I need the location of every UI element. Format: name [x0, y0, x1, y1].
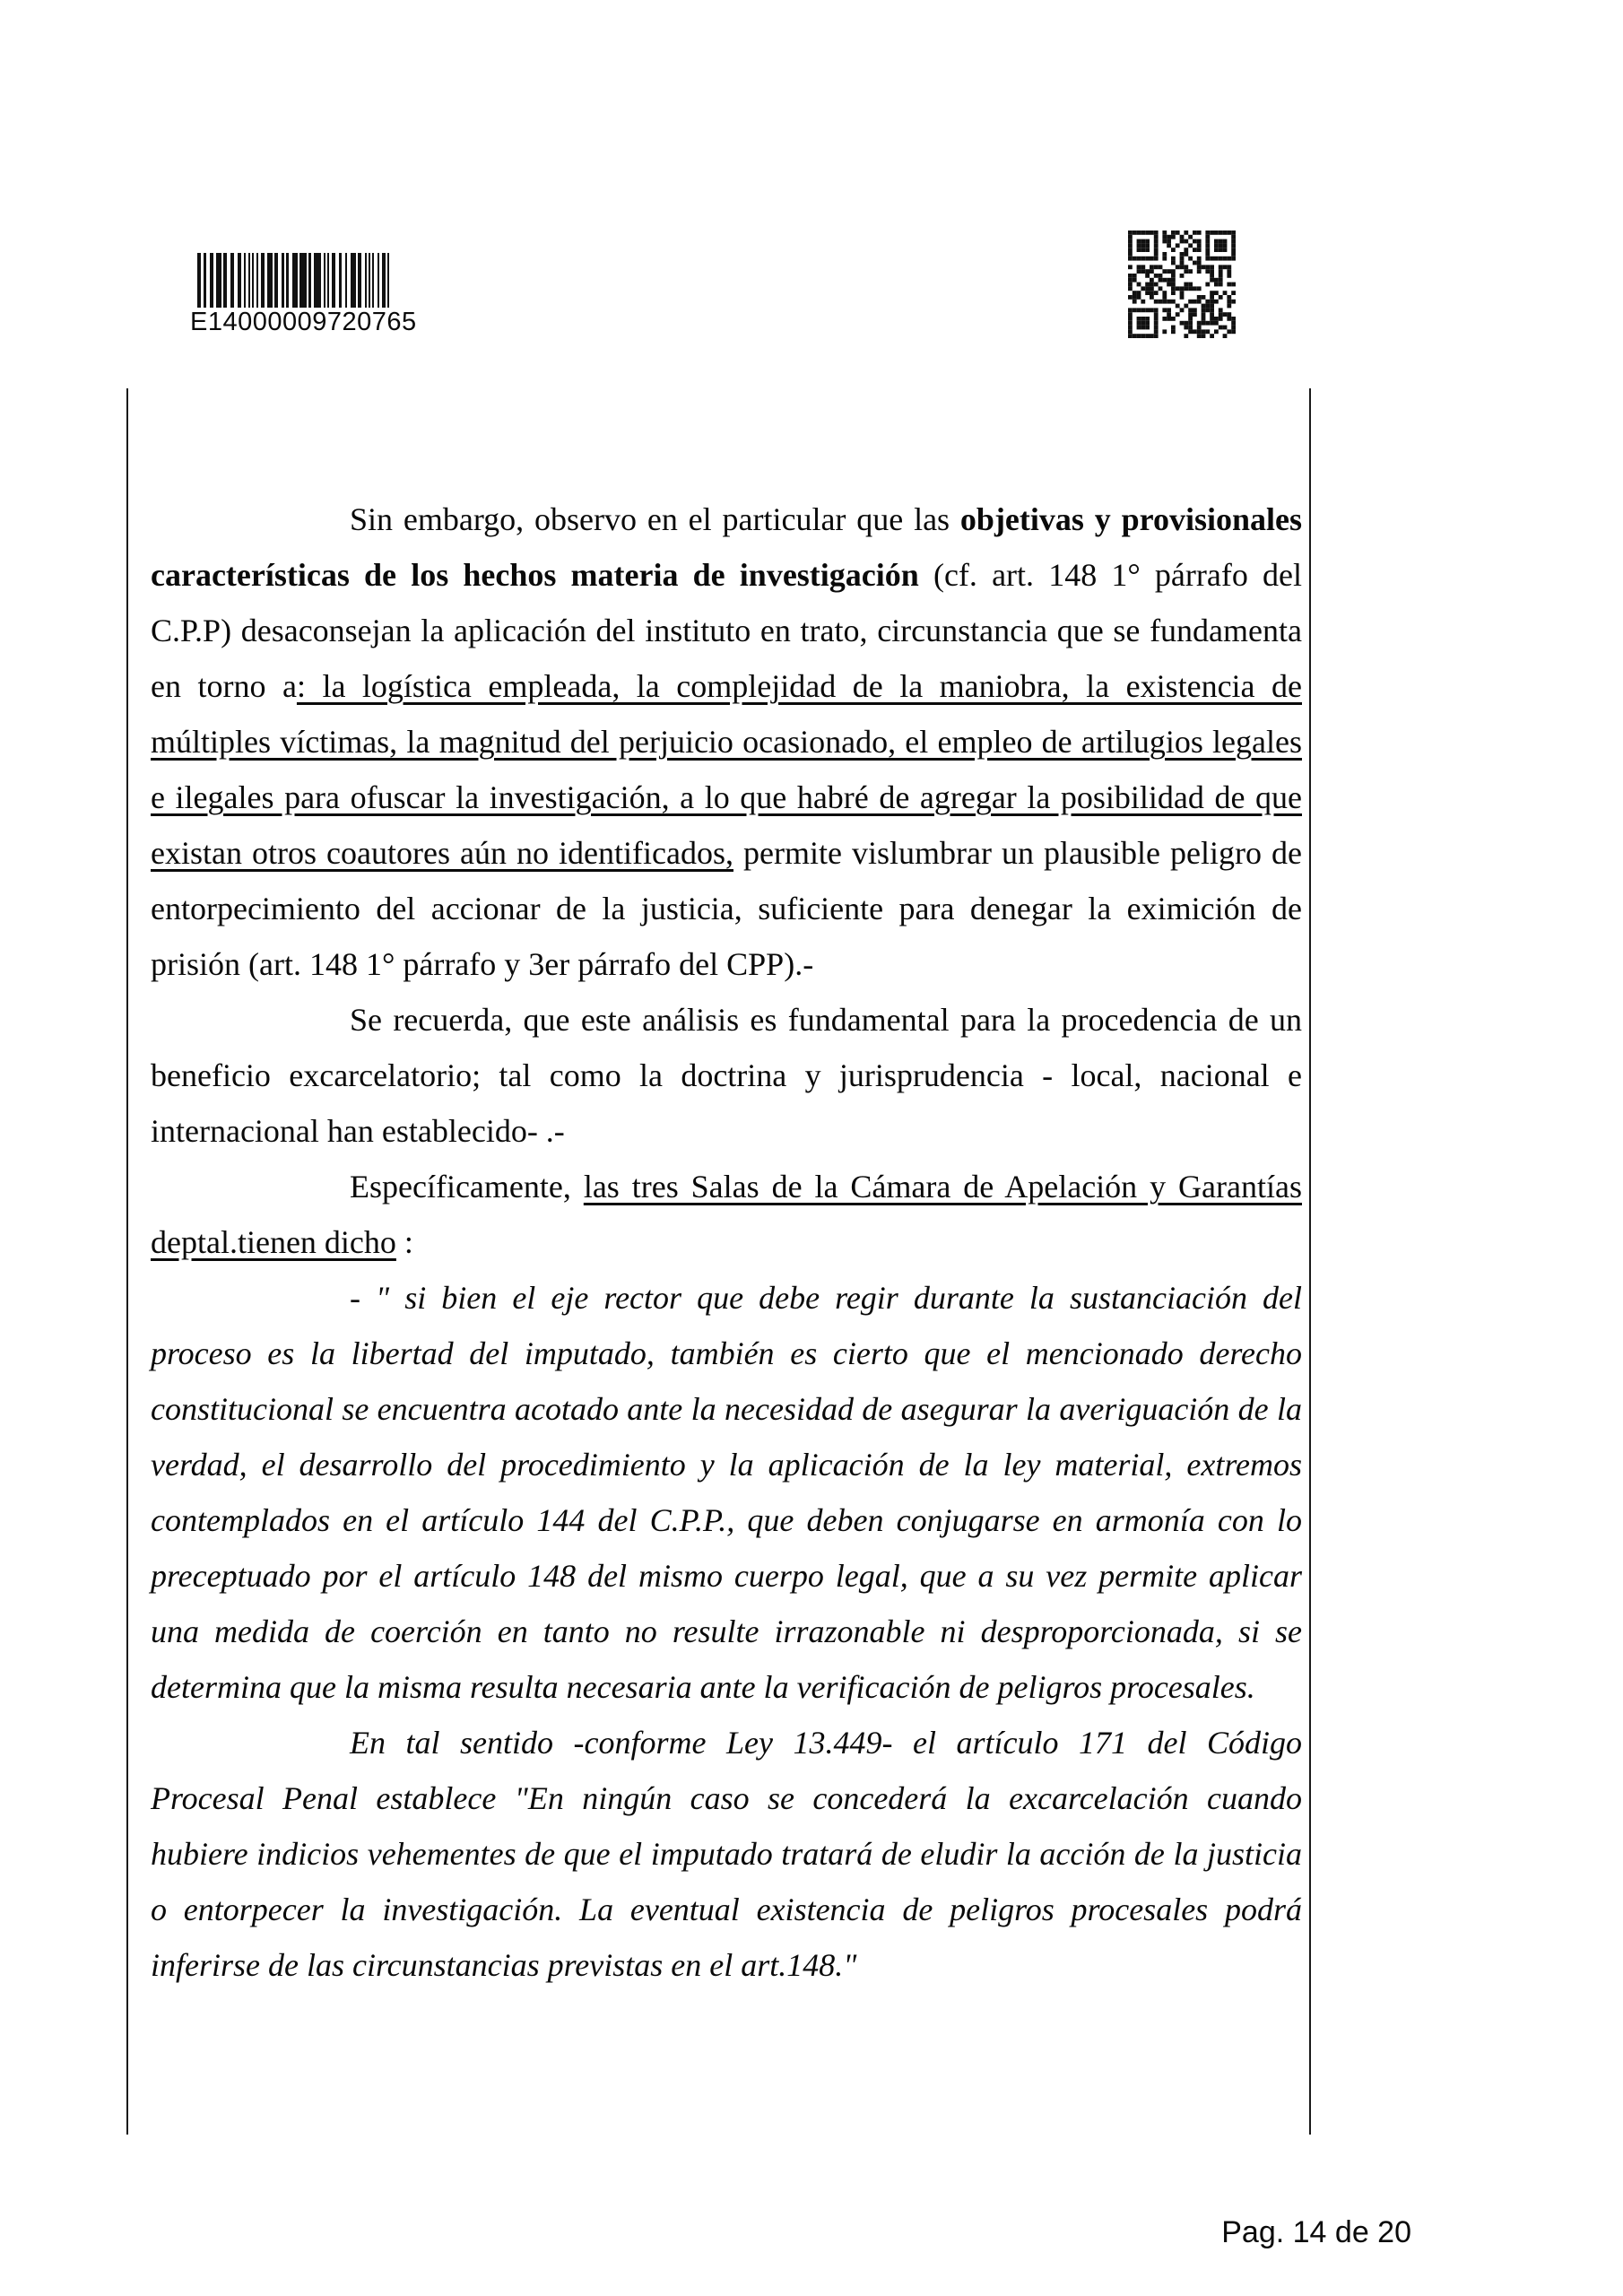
text-segment-normal: Sin embargo, observo en el particular qu… — [350, 501, 960, 537]
text-segment-normal: Se recuerda, que este análisis es fundam… — [151, 1002, 1302, 1149]
text-segment-normal: Específicamente, — [350, 1169, 584, 1205]
barcode: E14000009720765 — [195, 252, 398, 342]
right-margin-rule — [1309, 388, 1311, 2135]
text-segment-italic: En tal sentido -conforme Ley 13.449- el … — [151, 1725, 1302, 1983]
text-segment-underline: las tres Salas de la Cámara de Apelación… — [151, 1169, 1302, 1260]
paragraph: Se recuerda, que este análisis es fundam… — [151, 992, 1302, 1159]
paragraph: - " si bien el eje rector que debe regir… — [151, 1270, 1302, 1715]
qr-code-image — [1128, 230, 1236, 338]
document-body: Sin embargo, observo en el particular qu… — [151, 491, 1302, 1993]
barcode-image — [197, 253, 393, 308]
left-margin-rule — [126, 388, 128, 2135]
paragraph: En tal sentido -conforme Ley 13.449- el … — [151, 1715, 1302, 1993]
scanned-document-page: E14000009720765 Sin embargo, observo en … — [0, 0, 1623, 2296]
paragraph: Específicamente, las tres Salas de la Cá… — [151, 1159, 1302, 1270]
barcode-label: E14000009720765 — [190, 308, 417, 337]
text-segment-normal: : — [396, 1224, 413, 1260]
text-segment-italic: - " si bien el eje rector que debe regir… — [151, 1280, 1302, 1705]
page-number: Pag. 14 de 20 — [1221, 2215, 1411, 2250]
paragraph: Sin embargo, observo en el particular qu… — [151, 491, 1302, 992]
